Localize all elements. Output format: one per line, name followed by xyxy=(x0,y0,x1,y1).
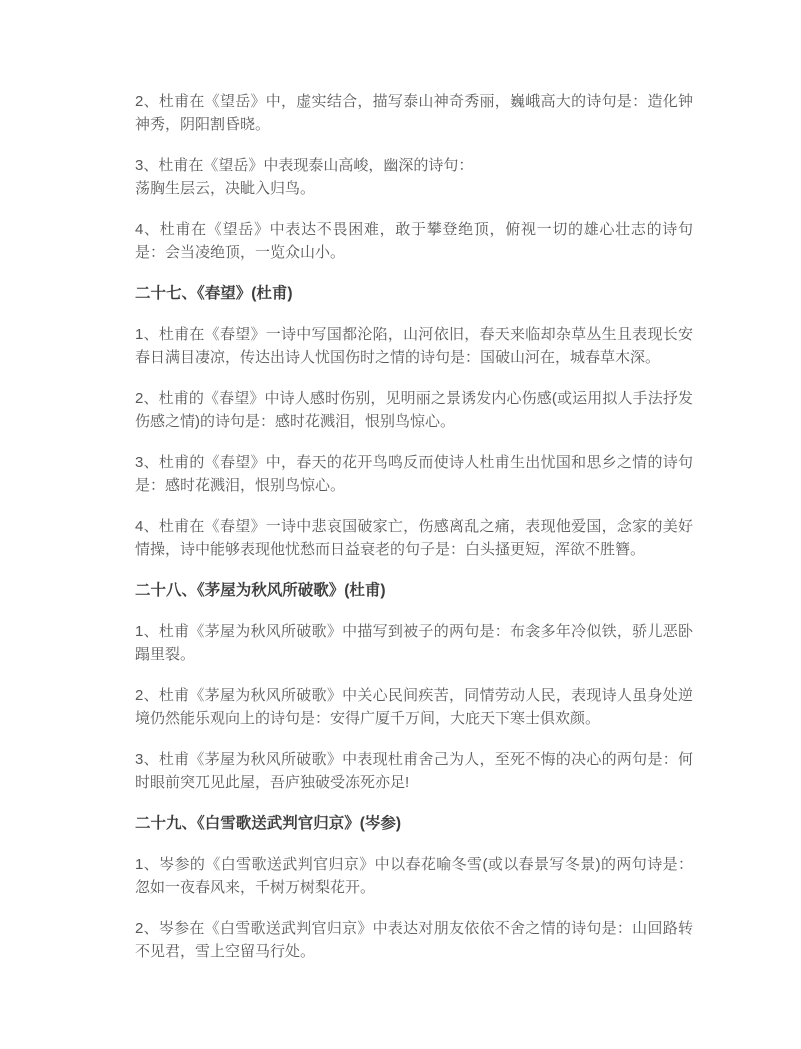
document-paragraph: 2、杜甫《茅屋为秋风所破歌》中关心民间疾苦，同情劳动人民，表现诗人虽身处逆境仍然… xyxy=(135,684,693,730)
section-heading: 二十九、《白雪歌送武判官归京》(岑参) xyxy=(135,812,693,835)
document-page-body: { "page": { "background_color": "#ffffff… xyxy=(0,0,801,1049)
document-paragraph: 3、杜甫在《望岳》中表现泰山高峻，幽深的诗句： 荡胸生层云，决眦入归鸟。 xyxy=(135,154,693,200)
document-paragraph: 1、杜甫《茅屋为秋风所破歌》中描写到被子的两句是：布衾多年冷似铁，骄儿恶卧蹋里裂… xyxy=(135,620,693,666)
document-paragraph: 2、岑参在《白雪歌送武判官归京》中表达对朋友依依不舍之情的诗句是：山回路转不见君… xyxy=(135,917,693,963)
document-paragraph: 3、杜甫《茅屋为秋风所破歌》中表现杜甫舍己为人，至死不悔的决心的两句是：何时眼前… xyxy=(135,748,693,794)
section-heading: 二十七、《春望》(杜甫) xyxy=(135,282,693,305)
document-content: 2、杜甫在《望岳》中，虚实结合，描写泰山神奇秀丽，巍峨高大的诗句是：造化钟神秀，… xyxy=(135,90,693,981)
document-paragraph: 3、杜甫的《春望》中，春天的花开鸟鸣反而使诗人杜甫生出忧国和思乡之情的诗句是：感… xyxy=(135,451,693,497)
document-paragraph: 2、杜甫在《望岳》中，虚实结合，描写泰山神奇秀丽，巍峨高大的诗句是：造化钟神秀，… xyxy=(135,90,693,136)
document-paragraph: 4、杜甫在《春望》一诗中悲哀国破家亡，伤感离乱之痛，表现他爱国，念家的美好情操，… xyxy=(135,515,693,561)
document-page: 2、杜甫在《望岳》中，虚实结合，描写泰山神奇秀丽，巍峨高大的诗句是：造化钟神秀，… xyxy=(0,0,801,1049)
document-paragraph: 1、杜甫在《春望》一诗中写国都沦陷，山河依旧，春天来临却杂草丛生且表现长安春日满… xyxy=(135,323,693,369)
document-paragraph: 4、杜甫在《望岳》中表达不畏困难，敢于攀登绝顶，俯视一切的雄心壮志的诗句是：会当… xyxy=(135,218,693,264)
document-paragraph: 1、岑参的《白雪歌送武判官归京》中以春花喻冬雪(或以春景写冬景)的两句诗是：忽如… xyxy=(135,853,693,899)
section-heading: 二十八、《茅屋为秋风所破歌》(杜甫) xyxy=(135,579,693,602)
document-paragraph: 2、杜甫的《春望》中诗人感时伤别，见明丽之景诱发内心伤感(或运用拟人手法抒发伤感… xyxy=(135,387,693,433)
